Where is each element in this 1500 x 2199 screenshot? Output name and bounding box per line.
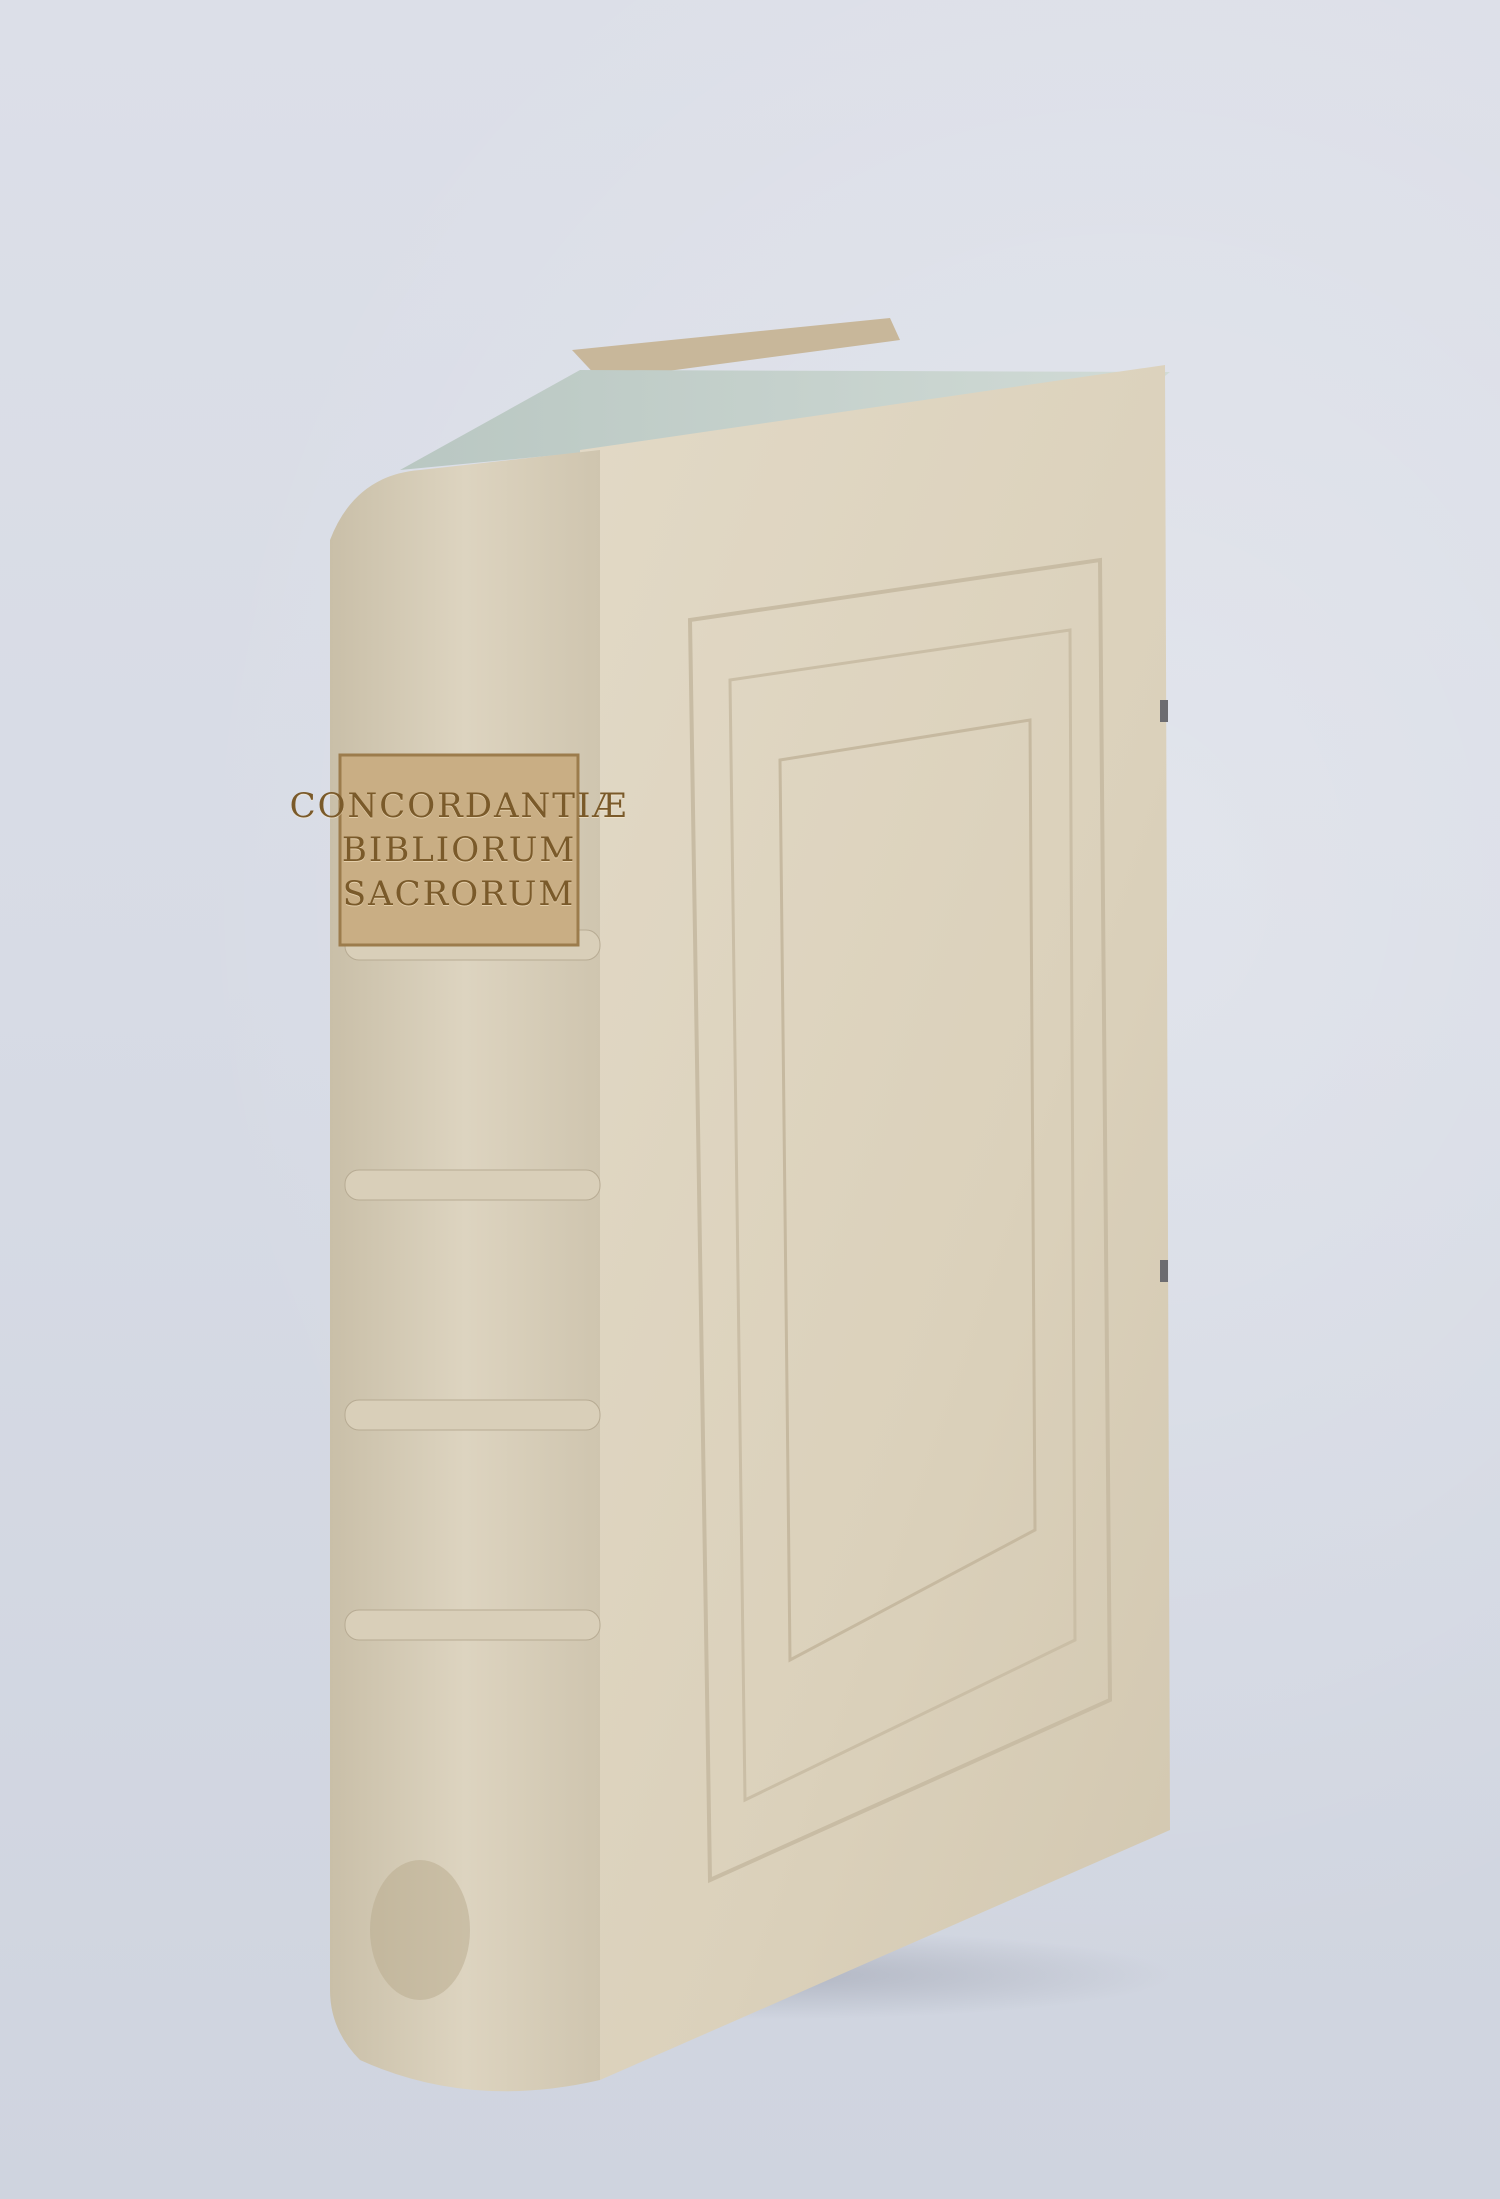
spine-label: CONCORDANTIÆ BIBLIORUM SACRORUM: [345, 760, 573, 940]
spine-label-line: SACRORUM: [343, 872, 575, 916]
clasp-remnant: [1160, 1260, 1168, 1282]
spine-label-line: CONCORDANTIÆ: [290, 784, 629, 828]
spine: [330, 450, 600, 2091]
book-illustration: [0, 0, 1500, 2199]
clasp-remnant: [1160, 700, 1168, 722]
spine-band: [345, 1400, 600, 1430]
spine-band: [345, 1170, 600, 1200]
front-cover: [580, 365, 1170, 2080]
spine-band: [345, 1610, 600, 1640]
spine-label-line: BIBLIORUM: [342, 828, 576, 872]
